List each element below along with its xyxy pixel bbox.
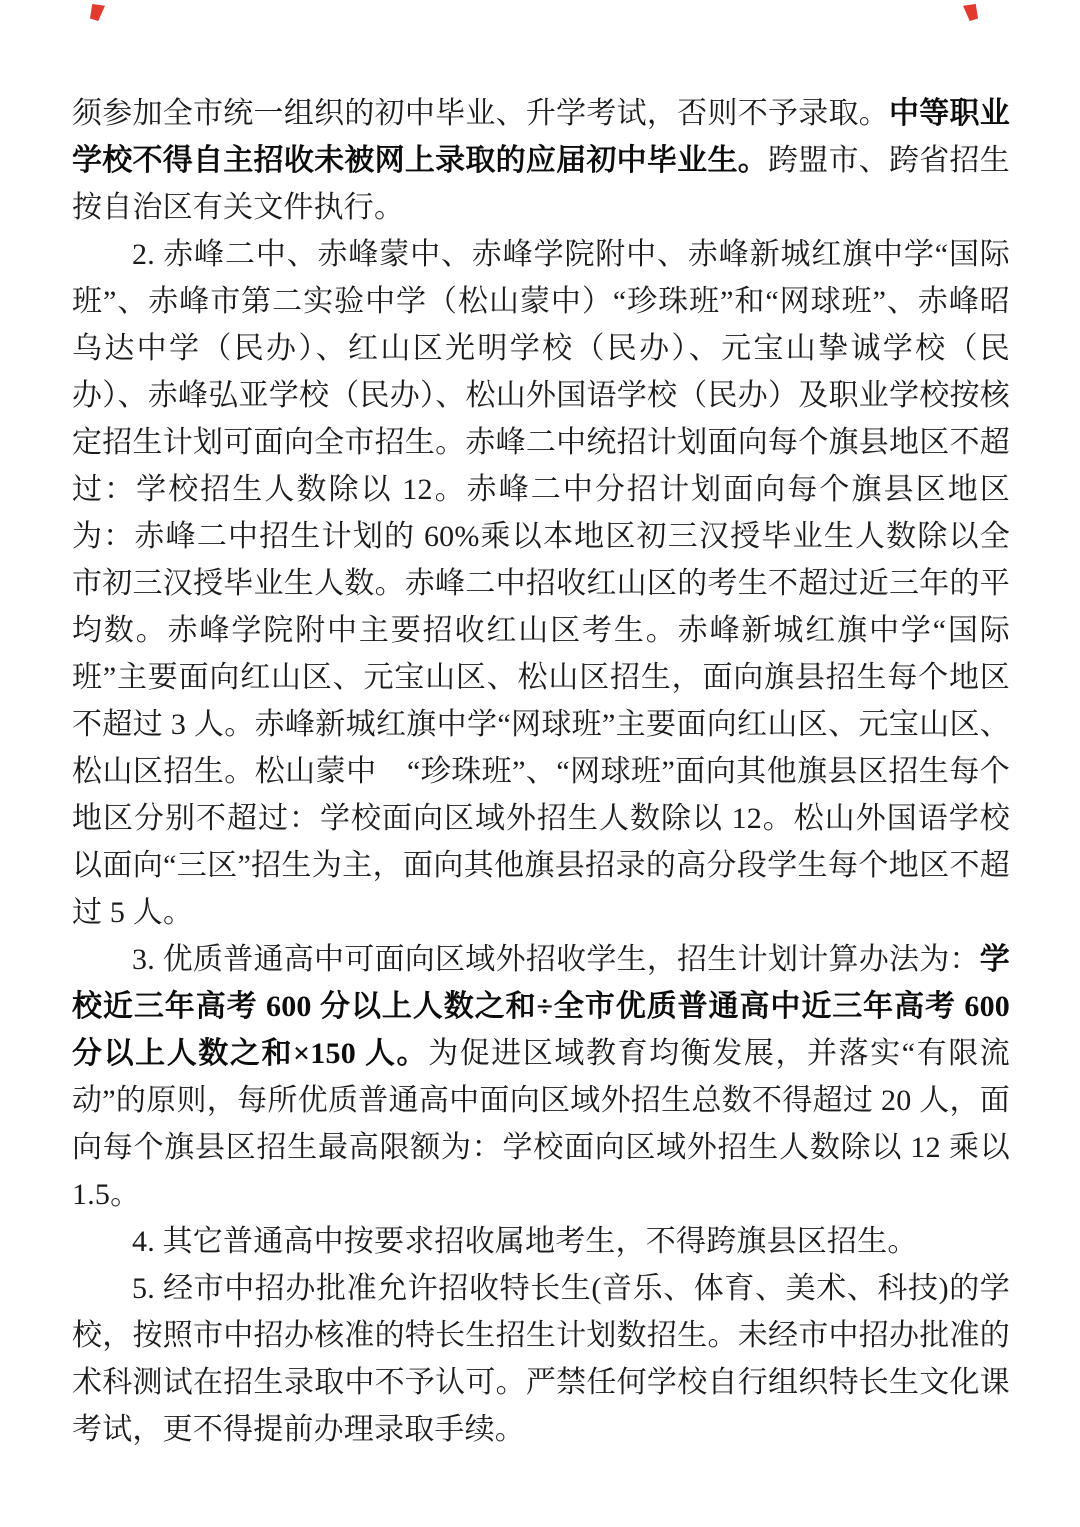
paragraph-1: 须参加全市统一组织的初中毕业、升学考试，否则不予录取。中等职业学校不得自主招收未… — [72, 90, 1010, 231]
document-body: 须参加全市统一组织的初中毕业、升学考试，否则不予录取。中等职业学校不得自主招收未… — [72, 90, 1010, 1453]
paragraph-4: 4. 其它普通高中按要求招收属地考生，不得跨旗县区招生。 — [72, 1218, 1010, 1265]
text-run: 5. 经市中招办批准允许招收特长生(音乐、体育、美术、科技)的学校，按照市中招办… — [72, 1272, 1010, 1446]
paragraph-3: 3. 优质普通高中可面向区域外招收学生，招生计划计算办法为：学校近三年高考 60… — [72, 936, 1010, 1218]
red-corner-mark-left — [90, 4, 105, 21]
text-run: 2. 赤峰二中、赤峰蒙中、赤峰学院附中、赤峰新城红旗中学“国际班”、赤峰市第二实… — [72, 238, 1010, 929]
text-run: 3. 优质普通高中可面向区域外招收学生，招生计划计算办法为： — [132, 943, 980, 976]
text-run: 须参加全市统一组织的初中毕业、升学考试，否则不予录取。 — [72, 97, 889, 130]
paragraph-2: 2. 赤峰二中、赤峰蒙中、赤峰学院附中、赤峰新城红旗中学“国际班”、赤峰市第二实… — [72, 231, 1010, 936]
text-run: 4. 其它普通高中按要求招收属地考生，不得跨旗县区招生。 — [132, 1225, 918, 1258]
paragraph-5: 5. 经市中招办批准允许招收特长生(音乐、体育、美术、科技)的学校，按照市中招办… — [72, 1265, 1010, 1453]
document-page: 须参加全市统一组织的初中毕业、升学考试，否则不予录取。中等职业学校不得自主招收未… — [0, 0, 1080, 1527]
red-corner-mark-right — [963, 4, 978, 21]
